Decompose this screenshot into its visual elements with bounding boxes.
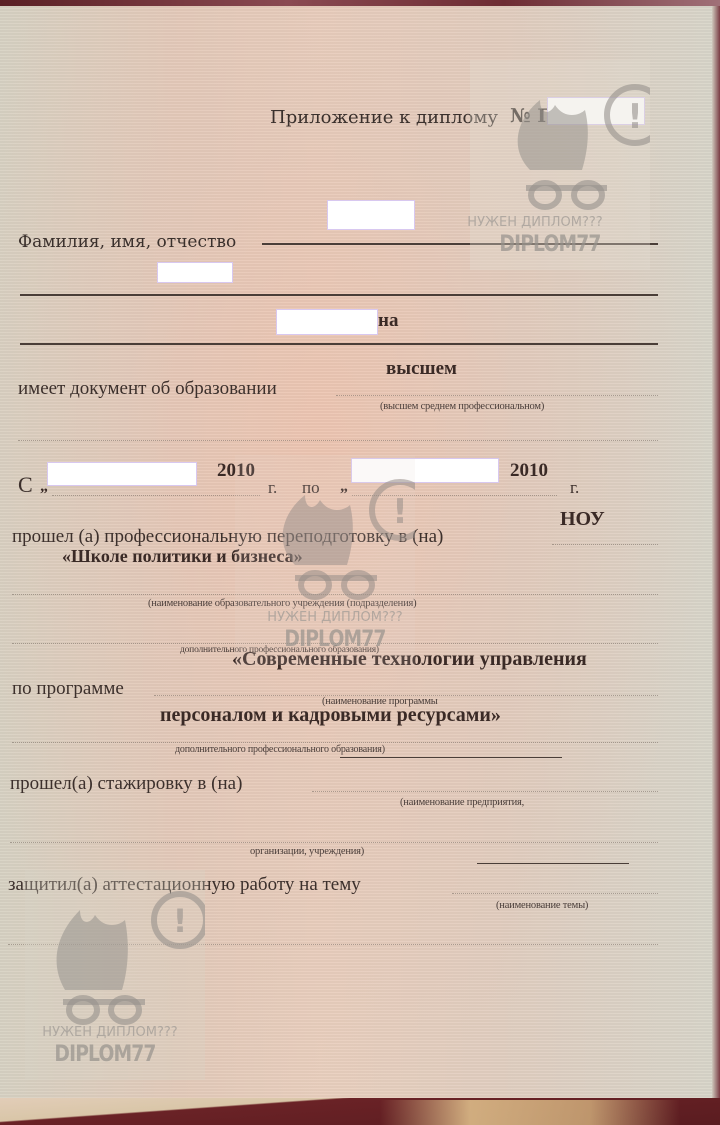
program-dotline-2 [12, 742, 658, 743]
to-open-quote: „ [340, 478, 348, 496]
education-dotline [336, 395, 658, 396]
institution-name: «Школе политики и бизнеса» [62, 546, 303, 567]
fio-label: Фамилия, имя, отчество [18, 232, 236, 252]
program-name-line-1: «Современные технологии управления [232, 648, 587, 671]
thesis-hint: (наименование темы) [496, 900, 588, 911]
to-label: по [302, 478, 320, 498]
program-label: по программе [12, 678, 124, 700]
thesis-label: защитил(а) аттестационную работу на тему [8, 874, 361, 896]
end-year: 2010 [510, 460, 548, 482]
internship-hint-2: организации, учреждения) [250, 846, 364, 857]
document-title: Приложение к диплому [270, 107, 498, 128]
institution-type: НОУ [560, 508, 605, 531]
redacted-start-date [48, 463, 196, 485]
page-edge [712, 6, 720, 1106]
education-dotline-2 [18, 440, 658, 441]
redacted-patronymic [277, 310, 377, 334]
redacted-document-number [548, 98, 644, 124]
internship-dotline-2 [10, 842, 658, 843]
fio-underline-3 [20, 343, 658, 345]
start-date-dotline [52, 495, 260, 496]
institution-hint: (наименование образовательного учреждени… [148, 598, 416, 609]
internship-underline [477, 863, 629, 864]
fio-underline-2 [20, 294, 658, 296]
end-year-suffix: г. [570, 478, 579, 498]
education-hint: (высшем среднем профессиональном) [380, 401, 544, 412]
redacted-surname [328, 201, 414, 229]
patronymic-suffix: на [378, 310, 398, 332]
additional-edu-hint-2: дополнительного профессионального образо… [175, 744, 385, 755]
additional-edu-underline [340, 757, 562, 758]
internship-label: прошел(а) стажировку в (на) [10, 773, 242, 795]
program-name-line-2: персоналом и кадровыми ресурсами» [160, 704, 501, 727]
thesis-dotline-2 [8, 944, 658, 945]
from-label: С [18, 472, 33, 498]
internship-dotline [312, 791, 658, 792]
fio-underline-1 [262, 243, 658, 245]
education-value: высшем [386, 358, 457, 380]
start-year: 2010 [217, 460, 255, 482]
education-label: имеет документ об образовании [18, 378, 277, 400]
redacted-end-date [352, 459, 498, 482]
internship-hint-1: (наименование предприятия, [400, 797, 524, 808]
retraining-dotline [552, 544, 658, 545]
thesis-dotline [452, 893, 658, 894]
retraining-label: прошел (а) профессиональную переподготов… [12, 526, 443, 548]
end-date-dotline [352, 495, 557, 496]
start-year-suffix: г. [268, 478, 277, 498]
institution-dotline [12, 594, 658, 595]
cover-ornament [380, 1100, 680, 1125]
from-open-quote: „ [40, 478, 48, 496]
redacted-first-name [158, 263, 232, 282]
institution-dotline-2 [12, 643, 658, 644]
